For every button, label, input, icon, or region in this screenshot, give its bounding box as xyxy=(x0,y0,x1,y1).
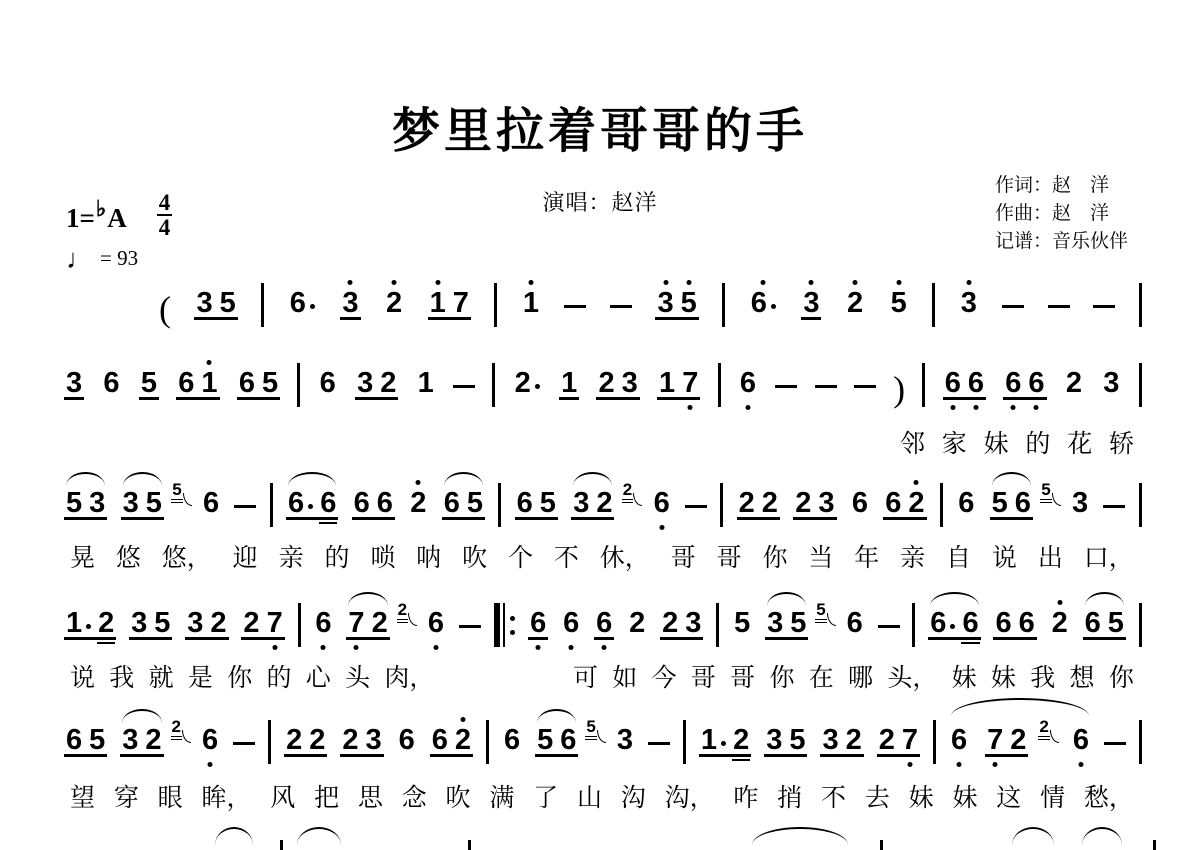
note-digit: 1 xyxy=(201,369,217,397)
note-group: 23 xyxy=(596,369,639,400)
lyric-syllable: 哪 xyxy=(848,658,873,694)
lyric-syllable: 眸， xyxy=(201,778,251,814)
note-6: 6 xyxy=(1028,369,1044,397)
grace-note: 5 xyxy=(1040,482,1060,500)
note-digit: 2 xyxy=(879,726,895,754)
note-digit: 5 xyxy=(66,489,82,517)
note-2: 2 xyxy=(1010,726,1026,754)
note-group: 32 xyxy=(185,609,228,640)
repeat-dot xyxy=(510,616,515,621)
note-digit: 5 xyxy=(220,289,236,317)
augmentation-dot-icon xyxy=(535,384,540,389)
lyric-syllable: 念 xyxy=(402,778,427,814)
note-6: 6 xyxy=(560,726,576,754)
lyric-syllable: 吹 xyxy=(446,778,471,814)
note-digit: 2 xyxy=(795,489,811,517)
note-1: 1 xyxy=(659,369,675,397)
parenthesis: ( xyxy=(159,294,171,324)
note-group: 23 xyxy=(660,609,703,640)
note-digit: 3 xyxy=(767,609,783,637)
note-digit: 6 xyxy=(428,609,444,637)
note-digit: 6 xyxy=(995,609,1011,637)
lyric-syllable: 口， xyxy=(1084,538,1134,574)
note-6: 6 xyxy=(962,609,978,637)
note-digit: 3 xyxy=(818,489,834,517)
note-2: 2 xyxy=(372,609,388,637)
note-2: 2 xyxy=(342,726,358,754)
note-digit: 6 xyxy=(202,726,218,754)
note-3: 3 xyxy=(196,289,212,317)
note-5: 5 xyxy=(467,489,483,517)
note-group: 3 xyxy=(615,726,635,757)
note-digit: 3 xyxy=(131,609,147,637)
lyric-syllable: 悠， xyxy=(162,538,212,574)
grace-tie-icon xyxy=(182,730,191,743)
note-3: 3 xyxy=(342,289,358,317)
note-digit: 5 xyxy=(681,289,697,317)
octave-dot-low-icon xyxy=(688,405,693,410)
grace-note: 5 xyxy=(171,482,191,500)
note-group: 2 xyxy=(627,609,647,640)
note-digit: 6 xyxy=(288,489,304,517)
barline xyxy=(940,483,943,527)
note-group: 6 xyxy=(313,609,333,640)
note-group: 6 xyxy=(561,609,581,640)
octave-dot-high-icon xyxy=(896,280,901,285)
note-group: 32 xyxy=(571,489,614,520)
augmentation-dot-icon xyxy=(310,304,315,309)
octave-dot-low-icon xyxy=(433,645,438,650)
note-digit: 6 xyxy=(945,369,961,397)
note-2: 2 xyxy=(286,726,302,754)
dash-continuation xyxy=(648,742,670,746)
dash-continuation xyxy=(878,625,900,629)
lyric-syllable: 说 xyxy=(992,538,1017,574)
note-digit: 2 xyxy=(662,609,678,637)
note-2: 2 xyxy=(598,369,614,397)
note-1: 1 xyxy=(561,369,577,397)
lyric-syllable: 哥 xyxy=(671,538,696,574)
note-digit: 1 xyxy=(418,369,434,397)
note-6: 6 xyxy=(654,489,670,517)
octave-dot-low-icon xyxy=(957,762,962,767)
note-digit: 6 xyxy=(517,489,533,517)
dash-continuation xyxy=(1104,742,1126,746)
lyric-syllable: 出 xyxy=(1038,538,1063,574)
octave-dot-high-icon xyxy=(392,280,397,285)
note-digit: 6 xyxy=(444,489,460,517)
note-5: 5 xyxy=(790,609,806,637)
octave-dot-high-icon xyxy=(348,280,353,285)
slur-arc-icon xyxy=(123,472,162,486)
note-digit: 5 xyxy=(789,726,805,754)
note-6: 6 xyxy=(428,609,444,637)
note-digit: 3 xyxy=(89,489,105,517)
lyric-syllable: 你 xyxy=(1109,658,1134,694)
cutoff-slur-arc-icon xyxy=(752,827,848,845)
note-6: 6 xyxy=(432,726,448,754)
note-group: 61 xyxy=(176,369,219,400)
note-2: 2 xyxy=(1066,369,1082,397)
grace-tie-icon xyxy=(633,493,642,506)
note-6: 6 xyxy=(290,289,315,317)
lyric-syllable: 捎 xyxy=(777,778,802,814)
lyric-syllable: 的 xyxy=(1025,424,1050,460)
note-6: 6 xyxy=(517,489,533,517)
note-group: 2 xyxy=(408,489,428,520)
note-digit: 3 xyxy=(123,489,139,517)
lyric-syllable: 穿 xyxy=(114,778,139,814)
lyric-syllable: 的 xyxy=(324,538,349,574)
score-line-4: 1235322767226666223535566666265 xyxy=(64,594,1142,640)
note-7: 7 xyxy=(987,726,1003,754)
octave-dot-low-icon xyxy=(569,645,574,650)
lyric-syllable: 可 xyxy=(573,658,598,694)
note-group: 35 xyxy=(121,489,164,520)
note-group: 6 xyxy=(749,289,778,320)
grace-tie-icon xyxy=(1050,730,1059,743)
note-digit: 2 xyxy=(98,609,114,637)
grace-digit: 2 xyxy=(171,719,182,737)
lyric-syllable: 当 xyxy=(808,538,833,574)
octave-dot-low-icon xyxy=(1078,762,1083,767)
octave-dot-low-icon xyxy=(1011,405,1016,410)
note-digit: 6 xyxy=(930,609,946,637)
note-group: 66 xyxy=(352,489,395,520)
barline xyxy=(270,483,273,527)
lyric-syllable: 如 xyxy=(612,658,637,694)
note-digit: 2 xyxy=(1010,726,1026,754)
slur-arc-icon xyxy=(930,592,978,606)
note-digit: 2 xyxy=(455,726,471,754)
barline xyxy=(720,483,723,527)
note-group: 65 xyxy=(442,489,485,520)
note-digit: 1 xyxy=(701,726,717,754)
note-group: 12 xyxy=(699,726,751,757)
repeat-dot xyxy=(510,630,515,635)
note-group: 35 xyxy=(194,289,237,320)
note-digit: 7 xyxy=(267,609,283,637)
note-digit: 2 xyxy=(598,369,614,397)
note-3: 3 xyxy=(767,609,783,637)
octave-dot-low-icon xyxy=(950,405,955,410)
note-digit: 2 xyxy=(286,726,302,754)
note-5: 5 xyxy=(262,369,278,397)
barline xyxy=(722,283,725,327)
lyric-syllable: 妹 xyxy=(952,658,977,694)
dash-continuation xyxy=(815,385,837,389)
note-digit: 5 xyxy=(891,289,907,317)
note-digit: 1 xyxy=(523,289,539,317)
note-digit: 7 xyxy=(902,726,918,754)
lyric-syllable: 呐 xyxy=(416,538,441,574)
note-group: 72 xyxy=(985,726,1028,757)
barline xyxy=(683,720,686,764)
slur-arc-icon xyxy=(992,472,1031,486)
note-2: 2 xyxy=(309,726,325,754)
note-digit: 5 xyxy=(1108,609,1124,637)
note-6: 6 xyxy=(320,369,336,397)
note-6: 6 xyxy=(315,609,331,637)
note-5: 5 xyxy=(681,289,697,317)
note-5: 5 xyxy=(891,289,907,317)
note-5: 5 xyxy=(789,726,805,754)
note-group: 53 xyxy=(64,489,107,520)
barline xyxy=(1139,603,1142,647)
note-group: 2 xyxy=(1064,369,1084,400)
note-digit: 6 xyxy=(530,609,546,637)
note-6: 6 xyxy=(203,489,219,517)
note-6: 6 xyxy=(847,609,863,637)
note-group: 27 xyxy=(241,609,284,640)
note-2: 2 xyxy=(386,289,402,317)
octave-dot-low-icon xyxy=(745,405,750,410)
note-5: 5 xyxy=(66,489,82,517)
lyric-syllable: 了 xyxy=(533,778,558,814)
note-group: 3 xyxy=(64,369,84,400)
dash-continuation xyxy=(685,505,707,509)
note-group: 6 xyxy=(528,609,548,640)
note-6: 6 xyxy=(399,726,415,754)
note-group: 62 xyxy=(883,489,926,520)
grace-note: 2 xyxy=(397,602,417,620)
lyric-syllable: 在 xyxy=(809,658,834,694)
lyric-syllable: 思 xyxy=(358,778,383,814)
dash-continuation xyxy=(453,385,475,389)
note-digit: 7 xyxy=(348,609,364,637)
note-digit: 5 xyxy=(537,726,553,754)
note-group: 6 xyxy=(101,369,121,400)
lyric-syllable: 就 xyxy=(149,658,174,694)
octave-dot-high-icon xyxy=(686,280,691,285)
note-2: 2 xyxy=(1052,609,1068,637)
note-2: 2 xyxy=(662,609,678,637)
lyric-syllable: 头， xyxy=(887,658,937,694)
lyric-syllable: 妹 xyxy=(909,778,934,814)
cutoff-next-system xyxy=(0,820,1200,850)
grace-digit: 2 xyxy=(622,482,633,500)
note-digit: 6 xyxy=(399,726,415,754)
grace-tie-icon xyxy=(827,613,836,626)
note-6: 6 xyxy=(103,369,119,397)
cutoff-barline xyxy=(468,840,471,850)
note-3: 3 xyxy=(66,369,82,397)
score-line-2: 365616563212123176)666623 xyxy=(64,354,1142,400)
note-6: 6 xyxy=(66,726,82,754)
note-digit: 2 xyxy=(386,289,402,317)
note-digit: 6 xyxy=(1019,609,1035,637)
lyric-syllable: 愁， xyxy=(1084,778,1134,814)
note-6: 6 xyxy=(1073,726,1089,754)
score-line-5: 6532262223662656531235322767226 xyxy=(64,711,1142,757)
barline xyxy=(1139,483,1142,527)
augmentation-dot-icon xyxy=(721,741,726,746)
note-group: 62 xyxy=(430,726,473,757)
barline xyxy=(261,283,264,327)
note-digit: 2 xyxy=(908,489,924,517)
lyric-syllable: 轿 xyxy=(1109,424,1134,460)
repeat-thin-bar xyxy=(503,603,506,647)
note-6: 6 xyxy=(444,489,460,517)
note-3: 3 xyxy=(122,726,138,754)
note-3: 3 xyxy=(365,726,381,754)
octave-dot-high-icon xyxy=(528,280,533,285)
lyric-syllable: 个 xyxy=(508,538,533,574)
grace-tie-icon xyxy=(183,493,192,506)
barline xyxy=(1139,720,1142,764)
note-digit: 6 xyxy=(968,369,984,397)
note-3: 3 xyxy=(657,289,673,317)
note-2: 2 xyxy=(596,489,612,517)
lyric-syllable: 不 xyxy=(554,538,579,574)
dash-continuation xyxy=(459,625,481,629)
note-digit: 3 xyxy=(622,369,638,397)
note-1: 1 xyxy=(701,726,726,754)
lyric-syllable: 悠 xyxy=(116,538,141,574)
lyric-syllable: 妹 xyxy=(952,778,977,814)
grace-digit: 2 xyxy=(1038,719,1049,737)
note-digit: 3 xyxy=(657,289,673,317)
note-2: 2 xyxy=(243,609,259,637)
note-6: 6 xyxy=(596,609,612,637)
note-digit: 2 xyxy=(733,726,749,754)
cutoff-slur-arc-icon xyxy=(1012,827,1054,845)
note-3: 3 xyxy=(1072,489,1088,517)
note-digit: 6 xyxy=(951,726,967,754)
note-group: 32 xyxy=(120,726,163,757)
note-group: 2 xyxy=(513,369,542,400)
note-digit: 3 xyxy=(685,609,701,637)
dash-continuation xyxy=(233,742,255,746)
augmentation-dot-icon xyxy=(308,504,313,509)
note-6: 6 xyxy=(178,369,194,397)
note-6: 6 xyxy=(563,609,579,637)
repeat-dots-icon xyxy=(510,616,515,635)
note-group: 3 xyxy=(1070,489,1090,520)
barline xyxy=(912,603,915,647)
lyric-syllable: 风 xyxy=(270,778,295,814)
lyric-syllable: 满 xyxy=(489,778,514,814)
note-6: 6 xyxy=(504,726,520,754)
repeat-thick-bar xyxy=(494,603,500,647)
note-group: 6 xyxy=(318,369,338,400)
note-digit: 3 xyxy=(66,369,82,397)
note-2: 2 xyxy=(739,489,755,517)
parenthesis: ) xyxy=(893,374,905,404)
note-5: 5 xyxy=(992,489,1008,517)
barline xyxy=(718,363,721,407)
note-6: 6 xyxy=(930,609,955,637)
slur-phrase: 67226 xyxy=(949,719,1091,757)
note-5: 5 xyxy=(146,489,162,517)
dash-continuation xyxy=(234,505,256,509)
note-3: 3 xyxy=(131,609,147,637)
cutoff-slur-arc-icon xyxy=(215,827,253,845)
note-group: 35 xyxy=(655,289,698,320)
note-digit: 6 xyxy=(560,726,576,754)
note-digit: 7 xyxy=(453,289,469,317)
lyric-syllable: 你 xyxy=(762,538,787,574)
note-2: 2 xyxy=(210,609,226,637)
note-group: 2 xyxy=(1050,609,1070,640)
note-digit: 6 xyxy=(962,609,978,637)
lyric-syllable: 你 xyxy=(769,658,794,694)
note-digit: 1 xyxy=(66,609,82,637)
note-digit: 3 xyxy=(122,726,138,754)
slur-arc-icon xyxy=(66,472,105,486)
note-6: 6 xyxy=(968,369,984,397)
note-2: 2 xyxy=(455,726,471,754)
dash-continuation xyxy=(854,385,876,389)
note-5: 5 xyxy=(734,609,750,637)
cutoff-barline xyxy=(1153,840,1156,850)
note-digit: 3 xyxy=(822,726,838,754)
note-6: 6 xyxy=(740,369,756,397)
barline xyxy=(492,363,495,407)
note-group: 66 xyxy=(993,609,1036,640)
octave-dot-low-icon xyxy=(1034,405,1039,410)
lyric-syllable: 眼 xyxy=(158,778,183,814)
note-digit: 5 xyxy=(154,609,170,637)
note-digit: 6 xyxy=(203,489,219,517)
note-6: 6 xyxy=(751,289,776,317)
note-group: 3 xyxy=(959,289,979,320)
barline xyxy=(933,720,936,764)
octave-dot-low-icon xyxy=(321,645,326,650)
cutoff-barline xyxy=(880,840,883,850)
note-group: 66 xyxy=(943,369,986,400)
lyric-syllable: 邻 xyxy=(900,424,925,460)
slur-arc-icon xyxy=(951,698,1089,716)
note-3: 3 xyxy=(187,609,203,637)
note-group: 6 xyxy=(652,489,672,520)
note-group: 6 xyxy=(397,726,417,757)
note-digit: 5 xyxy=(146,489,162,517)
note-2: 2 xyxy=(879,726,895,754)
note-digit: 3 xyxy=(342,289,358,317)
note-group: 6 xyxy=(956,489,976,520)
lyric-syllable: 哥 xyxy=(717,538,742,574)
note-6: 6 xyxy=(1005,369,1021,397)
barline xyxy=(297,363,300,407)
dash-continuation xyxy=(564,305,586,309)
grace-note: 5 xyxy=(815,602,835,620)
grace-digit: 5 xyxy=(1040,482,1051,500)
note-digit: 6 xyxy=(1005,369,1021,397)
note-digit: 6 xyxy=(885,489,901,517)
note-6: 6 xyxy=(885,489,901,517)
note-2: 2 xyxy=(795,489,811,517)
note-5: 5 xyxy=(537,726,553,754)
note-6: 6 xyxy=(288,489,313,517)
lyric-syllable: 想 xyxy=(1070,658,1095,694)
dash-continuation xyxy=(1002,305,1024,309)
note-group: 72 xyxy=(346,609,389,640)
note-group: 66 xyxy=(1003,369,1046,400)
barline xyxy=(494,283,497,327)
note-digit: 5 xyxy=(262,369,278,397)
note-5: 5 xyxy=(89,726,105,754)
note-group: 35 xyxy=(764,726,807,757)
octave-dot-high-icon xyxy=(761,280,766,285)
note-1: 1 xyxy=(201,369,217,397)
note-group: 6 xyxy=(201,489,221,520)
note-group: 6 xyxy=(288,289,317,320)
note-7: 7 xyxy=(682,369,698,397)
octave-dot-low-icon xyxy=(659,525,664,530)
note-digit: 6 xyxy=(1028,369,1044,397)
lyric-syllable: 望 xyxy=(70,778,95,814)
